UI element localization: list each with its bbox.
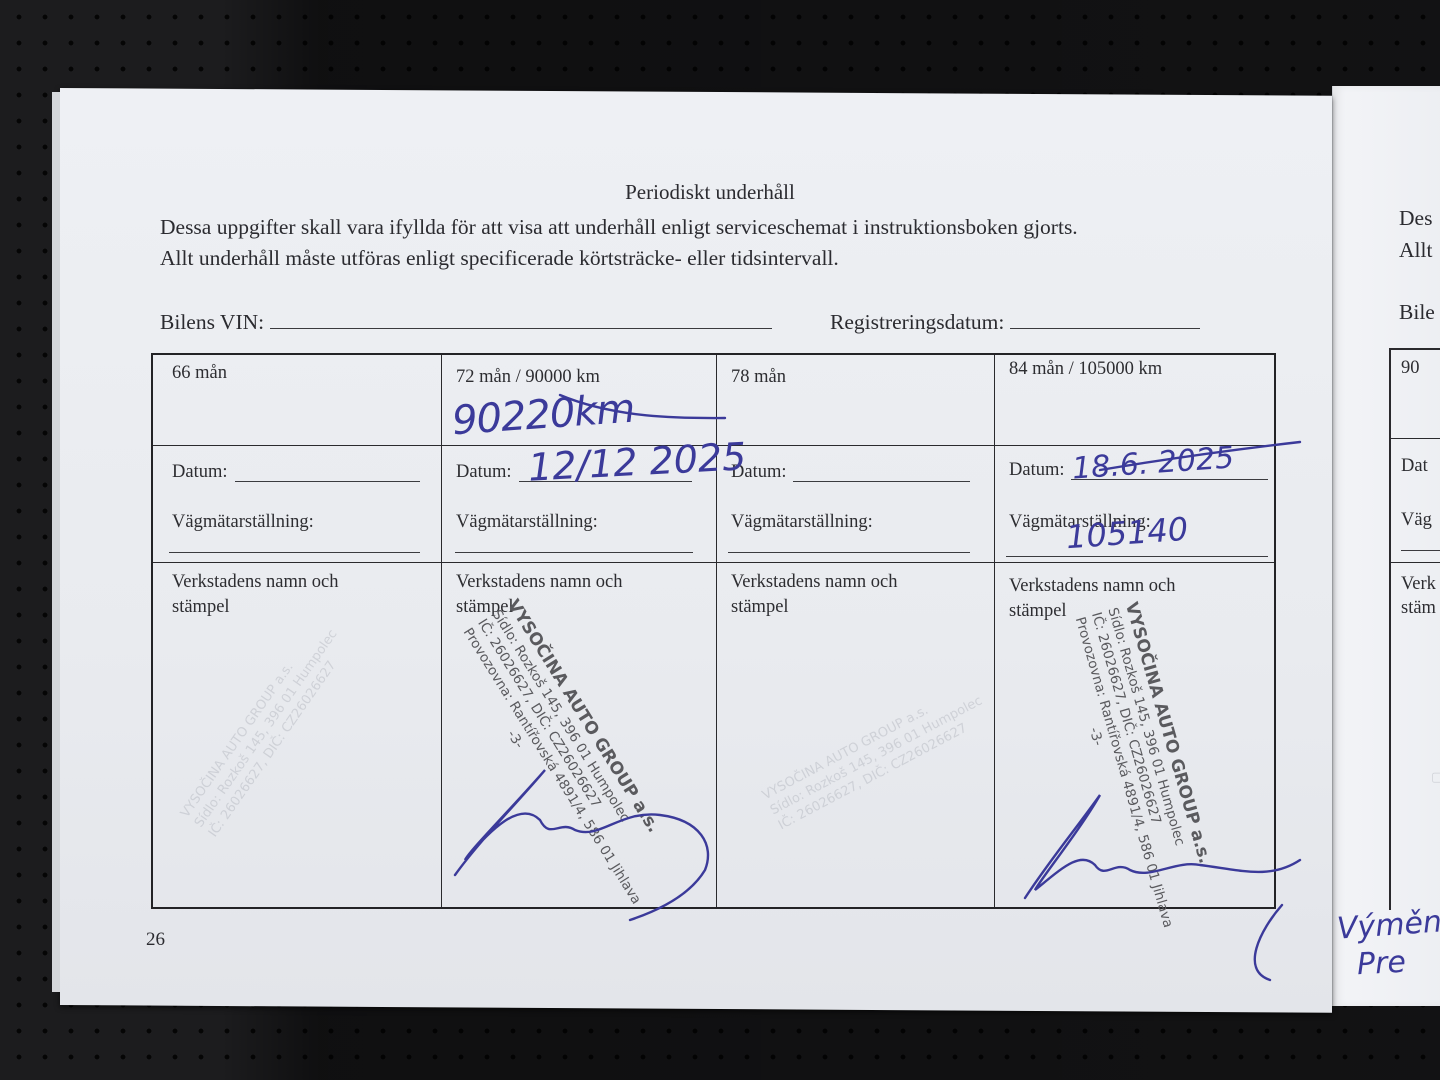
page-number: 26: [146, 929, 165, 951]
signature-strokes: [0, 0, 1440, 1080]
